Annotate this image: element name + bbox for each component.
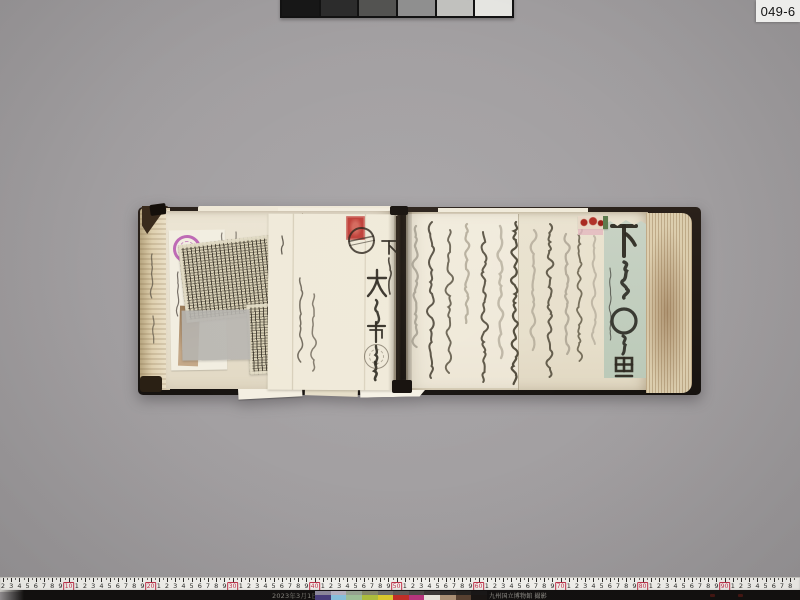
- ruler-half-tick: [499, 578, 500, 580]
- ruler-tick: [774, 578, 775, 582]
- cover-corner-chip: [149, 203, 166, 216]
- ruler-tick: [454, 578, 455, 582]
- ruler-tick: [544, 578, 545, 582]
- ruler-number: 5: [682, 582, 686, 590]
- color-calibration-patches: [315, 591, 487, 600]
- color-patch: [346, 595, 362, 600]
- catalog-number-label: 049-6: [756, 0, 800, 22]
- ruler-tick: [503, 578, 504, 582]
- ruler-half-tick: [130, 578, 131, 580]
- ruler-number: 1: [567, 582, 571, 590]
- ruler-tick: [626, 578, 627, 582]
- ruler-half-tick: [540, 578, 541, 580]
- patch-row-bottom: [315, 595, 487, 600]
- grayscale-patch: [282, 0, 319, 16]
- ruler-tick: [692, 578, 693, 582]
- ruler-half-tick: [319, 578, 320, 580]
- ruler-half-tick: [532, 578, 533, 580]
- ruler-half-tick: [114, 578, 115, 580]
- right-page-fore-edge: [646, 213, 692, 393]
- ruler-half-tick: [179, 578, 180, 580]
- ruler-half-tick: [680, 578, 681, 580]
- ruler-half-tick: [655, 578, 656, 580]
- ruler-half-tick: [401, 578, 402, 580]
- green-title-slip: [604, 218, 646, 378]
- ruler-number: 6: [772, 582, 776, 590]
- grayscale-calibration-strip: [280, 0, 514, 18]
- grayscale-patch: [475, 0, 512, 16]
- ruler-number: 5: [436, 582, 440, 590]
- ruler-tick: [216, 578, 217, 582]
- ruler-tick: [757, 578, 758, 582]
- ruler-tick: [446, 578, 447, 582]
- ruler-tick: [290, 578, 291, 582]
- ruler-tick: [388, 578, 389, 582]
- ruler-tick: [298, 578, 299, 582]
- ruler-number: 7: [370, 582, 374, 590]
- ruler-tick: [339, 578, 340, 582]
- ruler-number: 8: [132, 582, 136, 590]
- ruler-half-tick: [278, 578, 279, 580]
- ruler-number: 6: [280, 582, 284, 590]
- ruler-half-tick: [188, 578, 189, 580]
- ruler-half-tick: [229, 578, 230, 580]
- ruler-half-tick: [704, 578, 705, 580]
- ruler-half-tick: [442, 578, 443, 580]
- ruler-number: 8: [542, 582, 546, 590]
- fore-edge-handwriting: [146, 244, 162, 364]
- ruler-number: 5: [108, 582, 112, 590]
- ruler-tick: [315, 578, 316, 582]
- ruler-half-tick: [294, 578, 295, 580]
- grayscale-patch: [398, 0, 435, 16]
- color-patch: [378, 595, 394, 600]
- ruler-half-tick: [286, 578, 287, 580]
- ruler-number: 5: [518, 582, 522, 590]
- ruler-number: 6: [362, 582, 366, 590]
- ruler-number: 7: [698, 582, 702, 590]
- ruler-half-tick: [557, 578, 558, 580]
- ruler-half-tick: [507, 578, 508, 580]
- ruler-tick: [405, 578, 406, 582]
- ruler-number: 4: [345, 582, 349, 590]
- ruler-half-tick: [270, 578, 271, 580]
- title-calligraphy: [604, 218, 646, 378]
- ruler-number: 2: [739, 582, 743, 590]
- ruler-half-tick: [204, 578, 205, 580]
- pink-paper-band: [578, 229, 603, 235]
- ruler-tick: [11, 578, 12, 582]
- ruler-tick: [397, 578, 398, 582]
- color-patch: [331, 595, 347, 600]
- ruler-tick: [142, 578, 143, 582]
- ruler-number: 5: [190, 582, 194, 590]
- ruler-tick: [602, 578, 603, 582]
- ruler-half-tick: [745, 578, 746, 580]
- ruler-tick: [52, 578, 53, 582]
- ruler-half-tick: [97, 578, 98, 580]
- ruler-half-tick: [729, 578, 730, 580]
- ruler-half-tick: [335, 578, 336, 580]
- ruler-half-tick: [368, 578, 369, 580]
- ruler-half-tick: [614, 578, 615, 580]
- ruler-tick: [93, 578, 94, 582]
- ruler-tick: [782, 578, 783, 582]
- ruler-number: 8: [788, 582, 792, 590]
- ruler-number: 1: [321, 582, 325, 590]
- ruler-half-tick: [647, 578, 648, 580]
- ruler-half-tick: [663, 578, 664, 580]
- ruler-tick: [429, 578, 430, 582]
- ruler-number: 3: [419, 582, 423, 590]
- ruler-half-tick: [589, 578, 590, 580]
- ruler-half-tick: [376, 578, 377, 580]
- ruler-number: 6: [608, 582, 612, 590]
- ruler-half-tick: [770, 578, 771, 580]
- ruler-half-tick: [311, 578, 312, 580]
- ruler-tick: [569, 578, 570, 582]
- ruler-tick: [60, 578, 61, 582]
- ruler-tick: [356, 578, 357, 582]
- ruler-half-tick: [548, 578, 549, 580]
- spine-top: [390, 206, 408, 215]
- ruler-tick: [741, 578, 742, 582]
- ruler-tick: [175, 578, 176, 582]
- ruler-number: 2: [575, 582, 579, 590]
- ruler-tick: [520, 578, 521, 582]
- ruler-number: 4: [591, 582, 595, 590]
- color-patch: [440, 595, 456, 600]
- ruler-half-tick: [56, 578, 57, 580]
- ruler-half-tick: [483, 578, 484, 580]
- scrapbook-album: [138, 204, 701, 397]
- ruler-half-tick: [606, 578, 607, 580]
- ruler-tick: [659, 578, 660, 582]
- ruler-tick: [528, 578, 529, 582]
- cover-corner-bottom-left: [140, 376, 162, 392]
- ruler-tick: [536, 578, 537, 582]
- ruler-number: 2: [165, 582, 169, 590]
- ruler-tick: [257, 578, 258, 582]
- ruler-number: 3: [501, 582, 505, 590]
- ruler-half-tick: [171, 578, 172, 580]
- grayscale-patch: [359, 0, 396, 16]
- ruler-half-tick: [737, 578, 738, 580]
- ruler-tick: [118, 578, 119, 582]
- ruler-number: 2: [657, 582, 661, 590]
- ruler-half-tick: [237, 578, 238, 580]
- ruler-tick: [69, 578, 70, 582]
- ruler-tick: [323, 578, 324, 582]
- ruler-number: 7: [616, 582, 620, 590]
- ruler-half-tick: [630, 578, 631, 580]
- ruler-half-tick: [458, 578, 459, 580]
- ruler-number: 2: [493, 582, 497, 590]
- ruler-number: 6: [526, 582, 530, 590]
- ruler-number: 2: [1, 582, 5, 590]
- sheet-edge-line: [518, 214, 519, 390]
- ruler-half-tick: [516, 578, 517, 580]
- ruler-tick: [77, 578, 78, 582]
- ruler-half-tick: [65, 578, 66, 580]
- ruler-number: 4: [509, 582, 513, 590]
- ruler-half-tick: [639, 578, 640, 580]
- ruler-half-tick: [253, 578, 254, 580]
- ruler-half-tick: [778, 578, 779, 580]
- ruler-tick: [593, 578, 594, 582]
- ruler-tick: [495, 578, 496, 582]
- ruler-number: 3: [747, 582, 751, 590]
- ruler-tick: [511, 578, 512, 582]
- ruler-half-tick: [302, 578, 303, 580]
- ruler-tick: [438, 578, 439, 582]
- ruler-half-tick: [753, 578, 754, 580]
- ruler-tick: [766, 578, 767, 582]
- ruler-half-tick: [712, 578, 713, 580]
- ruler-tick: [265, 578, 266, 582]
- ruler-tick: [700, 578, 701, 582]
- ruler-number: 5: [26, 582, 30, 590]
- ruler-tick: [364, 578, 365, 582]
- ruler-tick: [331, 578, 332, 582]
- ruler-tick: [421, 578, 422, 582]
- ruler-tick: [733, 578, 734, 582]
- ruler-half-tick: [491, 578, 492, 580]
- ruler-number: 6: [690, 582, 694, 590]
- ruler-half-tick: [106, 578, 107, 580]
- ruler-tick: [585, 578, 586, 582]
- ruler-half-tick: [384, 578, 385, 580]
- ruler-half-tick: [245, 578, 246, 580]
- ruler-half-tick: [688, 578, 689, 580]
- ruler-number: 7: [206, 582, 210, 590]
- ruler-half-tick: [794, 578, 795, 580]
- ruler-tick: [487, 578, 488, 582]
- ruler-number: 1: [649, 582, 653, 590]
- ruler-half-tick: [360, 578, 361, 580]
- ruler-number: 4: [755, 582, 759, 590]
- ruler-tick: [618, 578, 619, 582]
- ruler-number: 7: [124, 582, 128, 590]
- ruler-half-tick: [48, 578, 49, 580]
- ruler-number: 8: [50, 582, 54, 590]
- ruler-number: 3: [255, 582, 259, 590]
- ruler-half-tick: [524, 578, 525, 580]
- ruler-half-tick: [409, 578, 410, 580]
- ruler-half-tick: [721, 578, 722, 580]
- museum-credit: 九州国立博物館 撮影: [489, 593, 547, 600]
- ruler-number: 4: [181, 582, 185, 590]
- ruler-number: 1: [239, 582, 243, 590]
- ruler-half-tick: [393, 578, 394, 580]
- ruler-tick: [274, 578, 275, 582]
- ruler-number: 4: [99, 582, 103, 590]
- ruler-number: 2: [411, 582, 415, 590]
- ruler-half-tick: [81, 578, 82, 580]
- ruler-tick: [159, 578, 160, 582]
- ruler-half-tick: [212, 578, 213, 580]
- ruler-number: 8: [296, 582, 300, 590]
- ruler-tick: [200, 578, 201, 582]
- ruler-tick: [643, 578, 644, 582]
- ruler-half-tick: [196, 578, 197, 580]
- sender-calligraphy: [274, 230, 326, 380]
- ruler-half-tick: [762, 578, 763, 580]
- ruler-half-tick: [434, 578, 435, 580]
- ruler-number: 2: [83, 582, 87, 590]
- ruler-number: 1: [731, 582, 735, 590]
- ruler-half-tick: [32, 578, 33, 580]
- ruler-tick: [552, 578, 553, 582]
- ruler-number: 1: [157, 582, 161, 590]
- ruler-tick: [28, 578, 29, 582]
- ruler-tick: [167, 578, 168, 582]
- ruler-tick: [749, 578, 750, 582]
- ruler-tick: [282, 578, 283, 582]
- color-patch: [471, 595, 487, 600]
- ruler-number: 8: [460, 582, 464, 590]
- ruler-tick: [208, 578, 209, 582]
- ruler-half-tick: [327, 578, 328, 580]
- ruler-tick: [561, 578, 562, 582]
- spine-bottom: [392, 380, 412, 393]
- ruler-tick: [85, 578, 86, 582]
- ruler-tick: [306, 578, 307, 582]
- ruler-tick: [790, 578, 791, 582]
- color-patch: [456, 595, 472, 600]
- ruler-tick: [684, 578, 685, 582]
- ruler-half-tick: [450, 578, 451, 580]
- color-patch: [315, 595, 331, 600]
- ruler-half-tick: [138, 578, 139, 580]
- ruler-half-tick: [261, 578, 262, 580]
- ruler-number: 3: [9, 582, 13, 590]
- glassine-patch: [182, 309, 251, 360]
- ruler-half-tick: [163, 578, 164, 580]
- ruler-half-tick: [155, 578, 156, 580]
- ruler-tick: [651, 578, 652, 582]
- ruler-tick: [675, 578, 676, 582]
- ruler-half-tick: [122, 578, 123, 580]
- ruler-number: 4: [17, 582, 21, 590]
- ruler-tick: [134, 578, 135, 582]
- ruler-tick: [19, 578, 20, 582]
- ruler-half-tick: [425, 578, 426, 580]
- ruler-number: 7: [288, 582, 292, 590]
- ruler-number: 1: [485, 582, 489, 590]
- ruler-tick: [413, 578, 414, 582]
- ruler-number: 7: [452, 582, 456, 590]
- ruler-tick: [3, 578, 4, 582]
- ruler-number: 7: [780, 582, 784, 590]
- ruler-tick: [249, 578, 250, 582]
- ruler-half-tick: [598, 578, 599, 580]
- ruler-tick: [380, 578, 381, 582]
- ruler-half-tick: [73, 578, 74, 580]
- photograph: 049-6: [0, 0, 800, 600]
- ruler-half-tick: [786, 578, 787, 580]
- ruler-half-tick: [696, 578, 697, 580]
- ruler-half-tick: [24, 578, 25, 580]
- ruler-half-tick: [417, 578, 418, 580]
- ruler-number: 3: [337, 582, 341, 590]
- ruler-tick: [126, 578, 127, 582]
- ruler-number: 5: [272, 582, 276, 590]
- book-gutter: [388, 210, 412, 390]
- ruler-tick: [372, 578, 373, 582]
- capture-date: 2023年3月1日: [272, 592, 318, 600]
- ruler-number: 2: [247, 582, 251, 590]
- ruler-number: 1: [403, 582, 407, 590]
- ruler-tick: [241, 578, 242, 582]
- ruler-number: 5: [354, 582, 358, 590]
- ruler-tick: [347, 578, 348, 582]
- ruler-tick: [725, 578, 726, 582]
- ruler-tick: [233, 578, 234, 582]
- ruler-tick: [610, 578, 611, 582]
- arrival-postmark: [364, 344, 389, 369]
- ruler-half-tick: [220, 578, 221, 580]
- ruler-tick: [667, 578, 668, 582]
- ruler-tick: [101, 578, 102, 582]
- ruler-number: 6: [116, 582, 120, 590]
- ruler-half-tick: [7, 578, 8, 580]
- ruler-half-tick: [565, 578, 566, 580]
- ruler-number: 5: [600, 582, 604, 590]
- ruler-tick: [479, 578, 480, 582]
- ruler-tick: [634, 578, 635, 582]
- ruler-half-tick: [89, 578, 90, 580]
- color-patch: [362, 595, 378, 600]
- red-speck: [738, 594, 743, 597]
- ruler-half-tick: [343, 578, 344, 580]
- ruler-tick: [192, 578, 193, 582]
- red-speck: [710, 594, 715, 597]
- ruler-tick: [151, 578, 152, 582]
- ruler-half-tick: [40, 578, 41, 580]
- ruler-number: 5: [764, 582, 768, 590]
- catalog-number-text: 049-6: [761, 4, 796, 19]
- ruler-tick: [470, 578, 471, 582]
- ruler-number: 4: [673, 582, 677, 590]
- ruler-tick: [708, 578, 709, 582]
- ruler-number: 6: [34, 582, 38, 590]
- ruler-tick: [36, 578, 37, 582]
- ruler-number: 8: [624, 582, 628, 590]
- ruler-number: 7: [534, 582, 538, 590]
- ruler-half-tick: [475, 578, 476, 580]
- ruler-number: 4: [427, 582, 431, 590]
- ruler-tick: [44, 578, 45, 582]
- ruler-tick: [183, 578, 184, 582]
- ruler-half-tick: [466, 578, 467, 580]
- color-patch: [393, 595, 409, 600]
- ruler-number: 6: [444, 582, 448, 590]
- ruler-number: 3: [583, 582, 587, 590]
- ruler-number: 3: [173, 582, 177, 590]
- ruler-number: 3: [91, 582, 95, 590]
- color-patch: [409, 595, 425, 600]
- ruler-tick: [224, 578, 225, 582]
- grayscale-patch: [321, 0, 358, 16]
- ruler-number: 3: [665, 582, 669, 590]
- ruler-number: 6: [198, 582, 202, 590]
- ruler-number: 8: [706, 582, 710, 590]
- ruler-half-tick: [671, 578, 672, 580]
- ruler-tick: [716, 578, 717, 582]
- torn-stamp-fragment: [578, 216, 608, 229]
- color-patch: [424, 595, 440, 600]
